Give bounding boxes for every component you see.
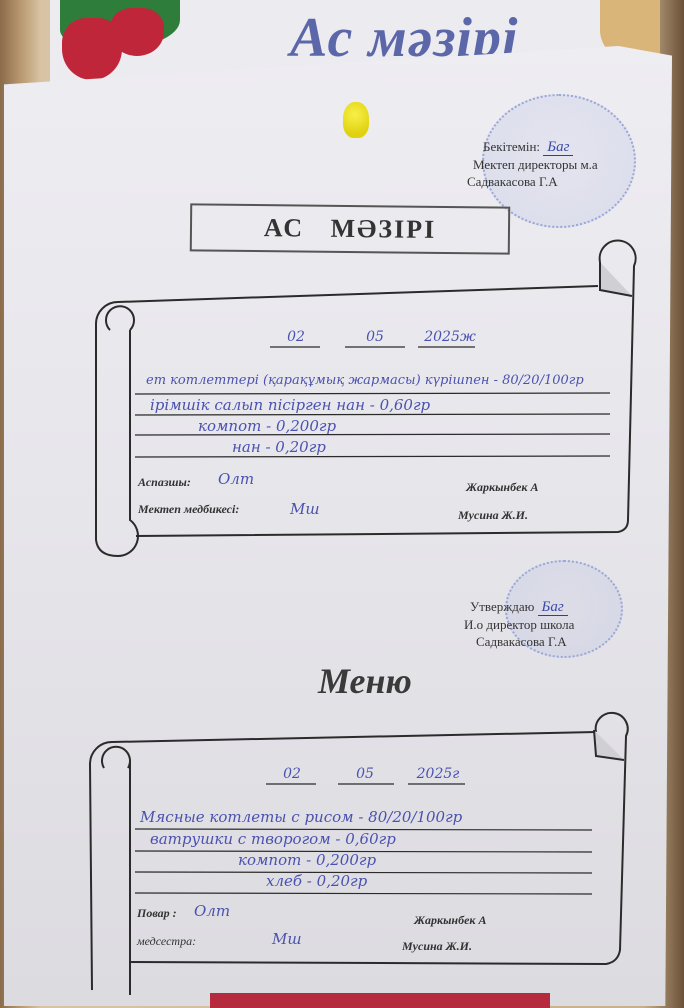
date-year: 2025г: [408, 766, 468, 782]
cook-signature: Олт: [218, 470, 254, 488]
cook-label: Повар :: [137, 906, 177, 921]
cook-label: Аспазшы:: [138, 475, 191, 490]
nurse-name: Мусина Ж.И.: [402, 939, 472, 954]
approval-name: Садвакасова Г.А: [476, 633, 574, 650]
cook-name: Жаркынбек А: [466, 480, 539, 495]
russian-approval-block: Утверждаю Баг И.о директор школа Садвака…: [470, 598, 574, 650]
cook-signature: Олт: [194, 902, 230, 920]
director-signature: Баг: [538, 599, 568, 616]
nurse-signature: Мш: [290, 500, 320, 518]
menu-item: нан - 0,20гр: [232, 438, 326, 456]
date-day: 02: [272, 766, 312, 782]
nurse-label: Мектеп медбикесі:: [138, 502, 239, 517]
menu-item: Мясные котлеты с рисом - 80/20/100гр: [140, 808, 462, 826]
approval-label: Утверждаю: [470, 599, 534, 614]
date-month: 05: [350, 329, 400, 345]
background-poster-bottom: [210, 993, 550, 1008]
cook-name: Жаркынбек А: [414, 913, 487, 928]
menu-item: хлеб - 0,20гр: [266, 872, 367, 890]
menu-item: ірімшік салып пісірген нан - 0,60гр: [150, 396, 430, 414]
nurse-label: медсестра:: [137, 934, 196, 949]
menu-item: компот - 0,200гр: [238, 851, 376, 869]
date-day: 02: [278, 329, 314, 345]
menu-item: компот - 0,200гр: [198, 417, 336, 435]
date-month: 05: [340, 766, 390, 782]
menu-item: ватрушки с творогом - 0,60гр: [150, 830, 396, 848]
nurse-signature: Мш: [272, 930, 302, 948]
date-year: 2025ж: [420, 329, 480, 345]
approval-position: И.о директор школа: [464, 616, 574, 633]
nurse-name: Мусина Ж.И.: [458, 508, 528, 523]
russian-menu-title: Меню: [318, 660, 412, 702]
menu-item: ет котлеттері (қарақұмық жармасы) күрішп…: [146, 373, 584, 388]
